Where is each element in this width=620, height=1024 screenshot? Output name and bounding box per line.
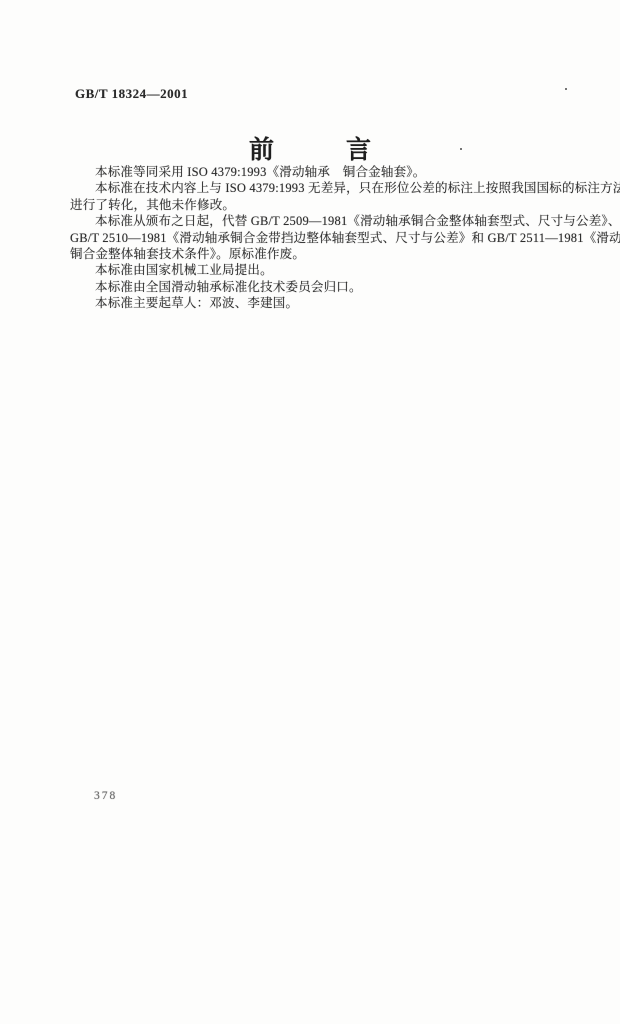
foreword-line: 本标准主要起草人：邓波、李建国。	[70, 295, 552, 311]
foreword-line: 本标准在技术内容上与 ISO 4379:1993 无差异，只在形位公差的标注上按…	[70, 180, 552, 196]
foreword-line: GB/T 2510—1981《滑动轴承铜合金带挡边整体轴套型式、尺寸与公差》和 …	[70, 230, 552, 246]
scan-speck-icon	[565, 88, 567, 90]
scan-speck-icon	[460, 148, 462, 150]
standard-number: GB/T 18324—2001	[75, 86, 188, 102]
foreword-line: 本标准由全国滑动轴承标准化技术委员会归口。	[70, 279, 552, 295]
foreword-line: 本标准等同采用 ISO 4379:1993《滑动轴承 铜合金轴套》。	[70, 164, 552, 180]
foreword-body: 本标准等同采用 ISO 4379:1993《滑动轴承 铜合金轴套》。 本标准在技…	[70, 164, 552, 312]
foreword-line: 铜合金整体轴套技术条件》。原标准作废。	[70, 246, 552, 262]
foreword-title: 前言	[0, 130, 620, 166]
foreword-line: 本标准从颁布之日起，代替 GB/T 2509—1981《滑动轴承铜合金整体轴套型…	[70, 213, 552, 229]
page-number: 378	[94, 790, 117, 802]
foreword-line: 本标准由国家机械工业局提出。	[70, 262, 552, 278]
foreword-line: 进行了转化，其他未作修改。	[70, 197, 552, 213]
scanned-standard-page: GB/T 18324—2001 前言 本标准等同采用 ISO 4379:1993…	[0, 0, 620, 1024]
